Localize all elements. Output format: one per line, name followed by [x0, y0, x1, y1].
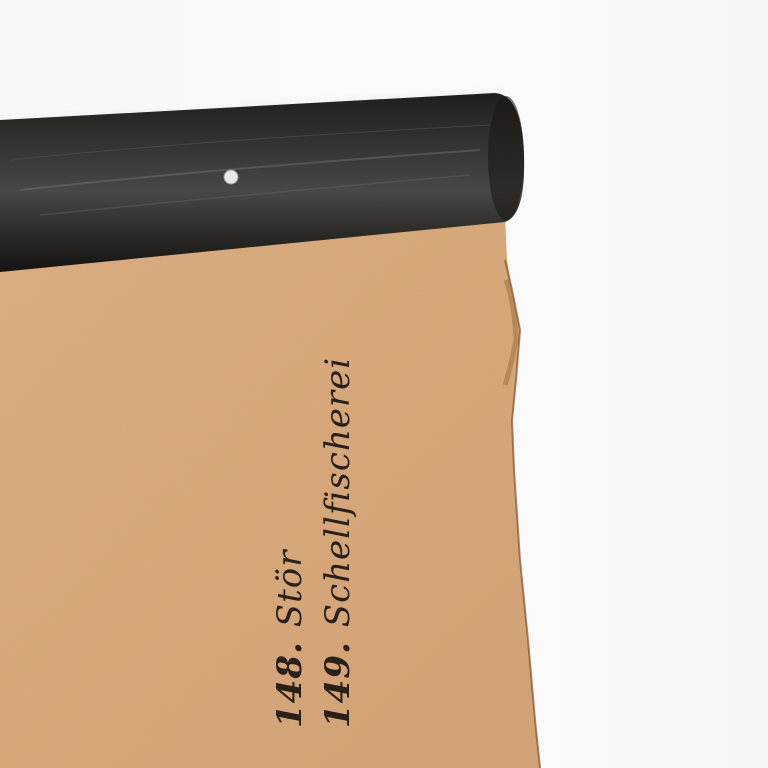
rod-nail	[224, 170, 238, 184]
wooden-rod	[0, 0, 768, 768]
